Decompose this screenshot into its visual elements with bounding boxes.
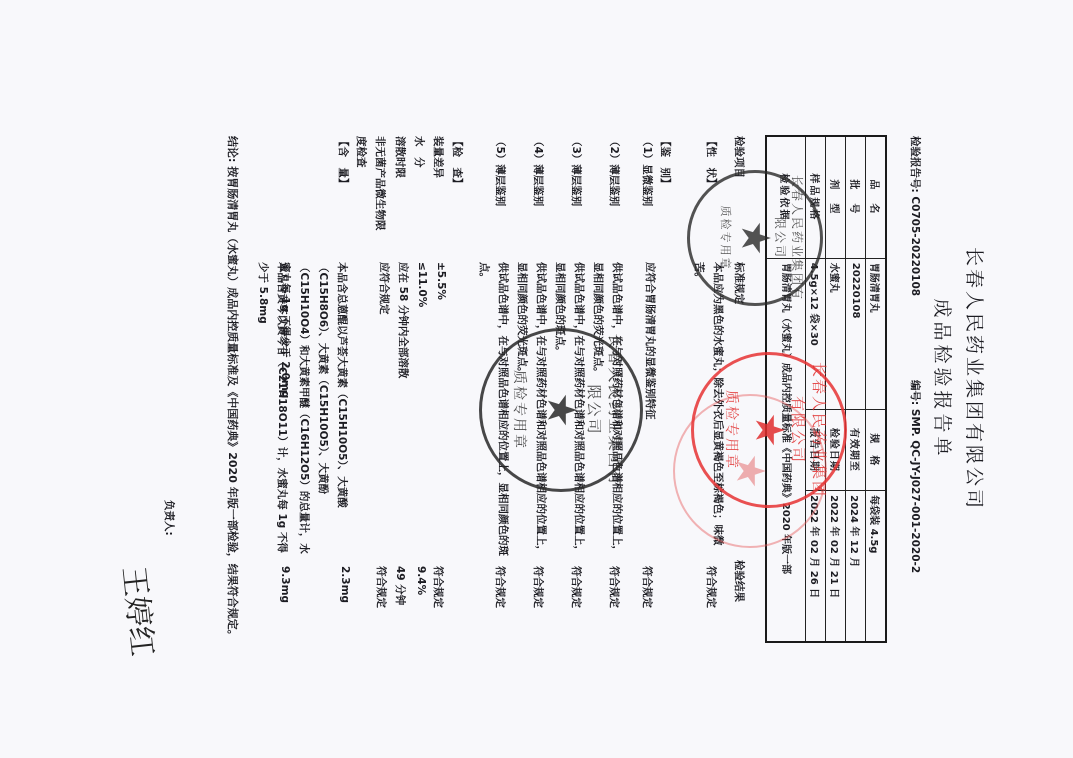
info-label: 品 名 — [866, 136, 887, 258]
inspection-result: 2.3mg — [339, 566, 351, 603]
inspection-item-name: （3）薄层鉴别 — [569, 136, 584, 206]
info-row: 品 名胃肠清胃丸规 格每袋装 4.5g — [866, 136, 887, 642]
column-header-result: 检验结果 — [732, 560, 747, 602]
inspection-standard: 应在 58 分钟内全部溶散 — [393, 262, 412, 562]
section-heading: 【检 查】 — [450, 136, 465, 189]
signature: 王婷红 — [114, 564, 167, 658]
info-value: 20220108 — [846, 258, 866, 409]
inspection-result: 9.3mg — [279, 566, 291, 603]
seal-ring-text: 长春人民药业集团有限公司 — [584, 331, 626, 489]
seal-bottom-text: 质检专用章 — [718, 173, 734, 303]
company-name: 长春人民药业集团有限公司 — [962, 0, 989, 758]
seal-ring-text: 长春人民药业集团有限公司 — [772, 173, 806, 303]
info-value: 2024 年 12 月 — [846, 491, 866, 642]
inspection-result: 符合规定 — [640, 566, 655, 608]
inspection-result: 符合规定 — [493, 566, 508, 608]
responsible-person-label: 负责人: — [162, 500, 177, 536]
inspection-result: 49 分钟 — [393, 566, 408, 605]
seal-bottom-text: 质检专用章 — [722, 355, 742, 505]
seal-bottom-text: 质检专用章 — [510, 331, 530, 489]
inspection-item-name: （2）薄层鉴别 — [607, 136, 622, 206]
section-heading: 【鉴 别】 — [658, 136, 673, 189]
company-black-seal: 长春人民药业集团有限公司 ★ 质检专用章 — [479, 328, 643, 492]
inspection-item-name: （5）薄层鉴别 — [493, 136, 508, 206]
inspection-result: 符合规定 — [704, 566, 719, 608]
form-number-label: 编号: — [909, 380, 921, 405]
inspection-result: 符合规定 — [374, 566, 389, 608]
inspection-standard: ≤11.0% — [412, 262, 431, 562]
info-label: 有效期至 — [846, 409, 866, 491]
info-row: 批 号20220108有效期至2024 年 12 月 — [846, 136, 866, 642]
inspection-result: 9.4% — [415, 566, 427, 595]
inspection-result: 符合规定 — [607, 566, 622, 608]
seal-ring-text: 长春人民药业集团有限公司 — [788, 355, 830, 505]
inspection-result: 符合规定 — [569, 566, 584, 608]
report-number-value: C0705-20220108 — [909, 196, 921, 296]
info-label: 批 号 — [846, 136, 866, 258]
info-label: 剂 型 — [826, 136, 846, 258]
inspection-item-name: （1）显微鉴别 — [640, 136, 655, 206]
star-icon: ★ — [746, 412, 792, 448]
conclusion-label: 结论: — [226, 136, 239, 162]
inspection-item-name: （4）薄层鉴别 — [531, 136, 546, 206]
inspection-standard: ±5.5% — [431, 262, 450, 562]
inspection-item-name: 装量差异 — [431, 136, 446, 178]
report-title: 成品检验报告单 — [930, 0, 957, 758]
inspection-result: 符合规定 — [531, 566, 546, 608]
info-value: 胃肠清胃丸 — [866, 258, 887, 409]
form-number-value: SMP. QC-JY-J027-001-2020-2 — [909, 409, 921, 573]
info-value: 2022 年 02 月 21 日 — [826, 491, 846, 642]
info-value: 每袋装 4.5g — [866, 491, 887, 642]
inspection-report-page: 长春人民药业集团有限公司 成品检验报告单 检验报告号: C0705-202201… — [0, 0, 1073, 758]
form-number: 编号: SMP. QC-JY-J027-001-2020-2 — [908, 380, 923, 573]
inspection-item-name: 非无菌产品微生物限度检查 — [351, 136, 389, 236]
report-number-label: 检验报告号: — [909, 136, 921, 193]
info-label: 规 格 — [866, 409, 887, 491]
qc-red-seal: 长春人民药业集团有限公司 ★ 质检专用章 — [691, 352, 847, 508]
header-black-seal: 长春人民药业集团有限公司 ★ 质检专用章 — [687, 170, 823, 306]
conclusion: 结论: 按胃肠清胃丸（水蜜丸）成品内控质量标准及《中国药典》2020 年版一部检… — [221, 136, 243, 656]
inspection-standard: 应符合规定 — [374, 262, 393, 562]
inspection-item-name: 水 分 — [412, 136, 427, 168]
inspection-result: 符合规定 — [431, 566, 446, 608]
inspection-standard: 本品含黄芩以黄芩苷（C21H18O11）计，水蜜丸每 1g 不得少于 5.8mg — [253, 262, 291, 562]
section-heading: 【含 量】 — [336, 136, 351, 189]
inspection-item-name: 溶散时限 — [393, 136, 408, 178]
star-icon: ★ — [538, 392, 584, 428]
conclusion-text: 按胃肠清胃丸（水蜜丸）成品内控质量标准及《中国药典》2020 年版一部检验，结果… — [226, 166, 239, 640]
report-number: 检验报告号: C0705-20220108 — [908, 136, 923, 296]
